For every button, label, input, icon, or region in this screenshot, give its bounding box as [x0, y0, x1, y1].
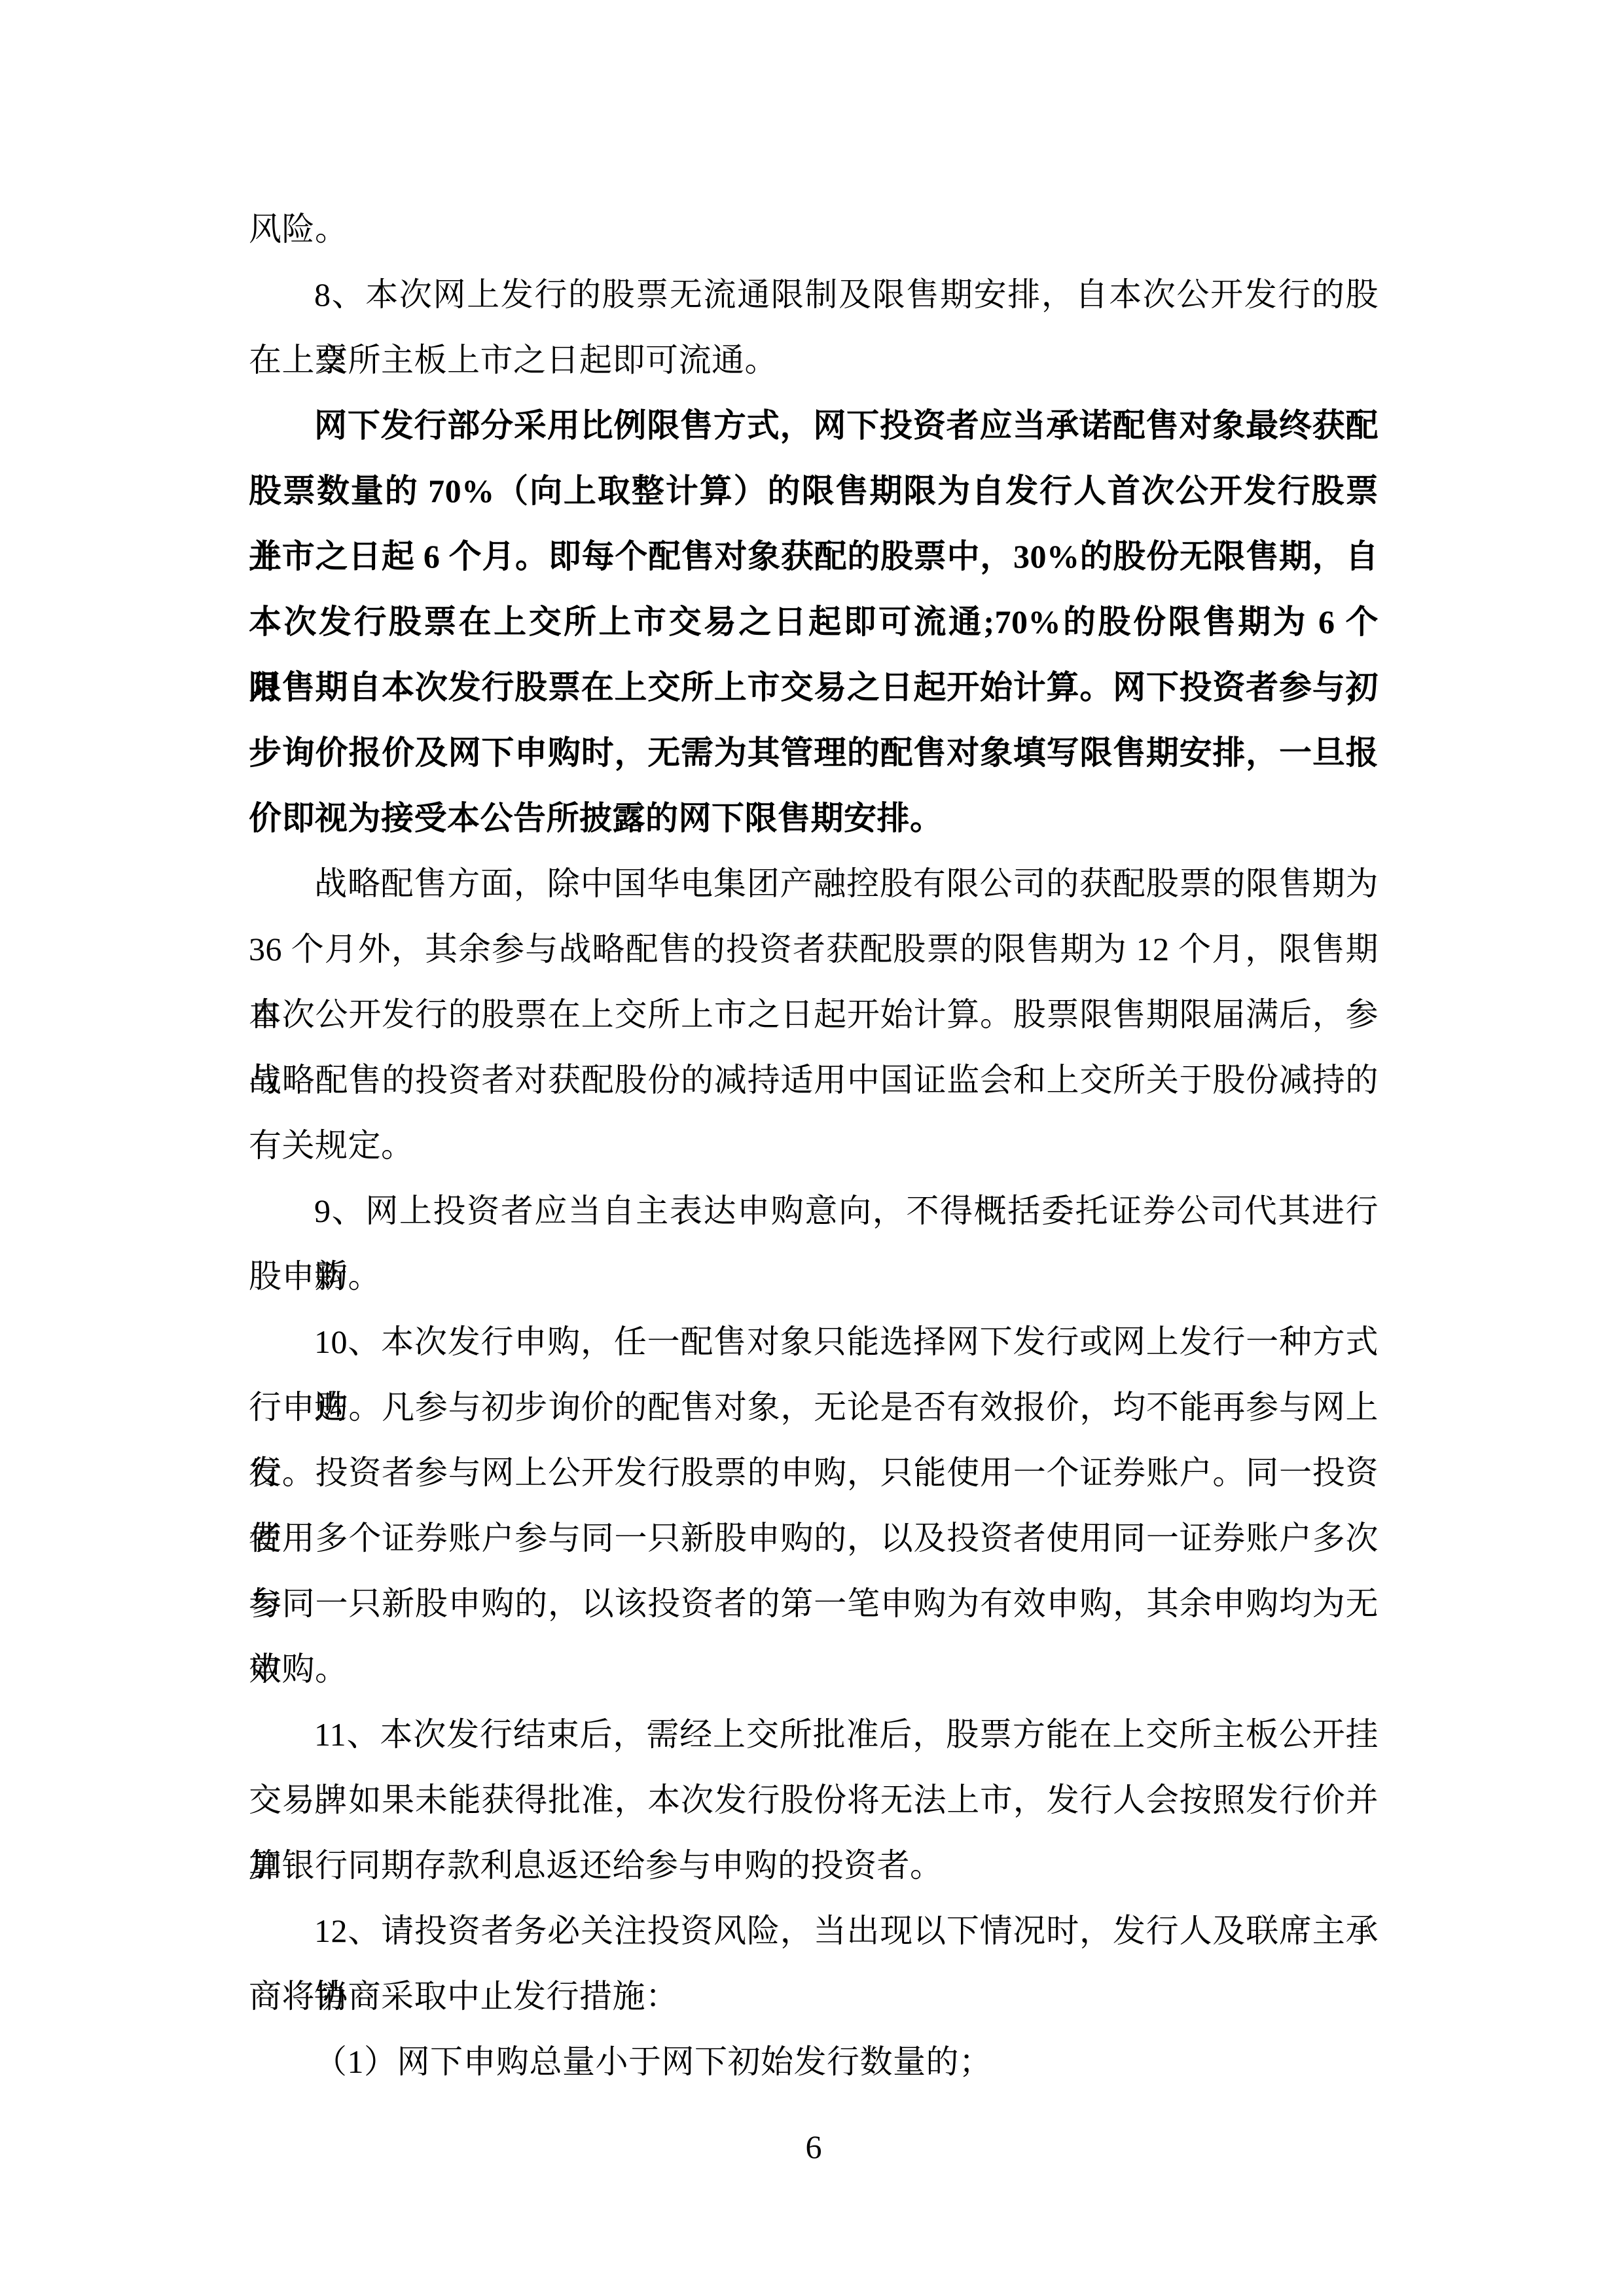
text-line: 算银行同期存款利息返还给参与申购的投资者。	[249, 1833, 1379, 1898]
document-body: 风险。 8、本次网上发行的股票无流通限制及限售期安排，自本次公开发行的股票 在上…	[249, 196, 1379, 2094]
text-line: 申购。	[249, 1636, 1379, 1702]
document-page: 风险。 8、本次网上发行的股票无流通限制及限售期安排，自本次公开发行的股票 在上…	[0, 0, 1624, 2296]
text-line: 价即视为接受本公告所披露的网下限售期安排。	[249, 785, 1379, 851]
text-line: 与同一只新股申购的，以该投资者的第一笔申购为有效申购，其余申购均为无效	[249, 1571, 1379, 1636]
text-line: 行申购。凡参与初步询价的配售对象，无论是否有效报价，均不能再参与网上发	[249, 1374, 1379, 1440]
text-line: 11、本次发行结束后，需经上交所批准后，股票方能在上交所主板公开挂牌	[249, 1702, 1379, 1767]
text-line: 股申购。	[249, 1244, 1379, 1309]
page-number: 6	[249, 2114, 1379, 2179]
text-line: 10、本次发行申购，任一配售对象只能选择网下发行或网上发行一种方式进	[249, 1309, 1379, 1374]
text-line: 步询价报价及网下申购时，无需为其管理的配售对象填写限售期安排，一旦报	[249, 720, 1379, 785]
text-line: 8、本次网上发行的股票无流通限制及限售期安排，自本次公开发行的股票	[249, 262, 1379, 327]
text-line: 战略配售的投资者对获配股份的减持适用中国证监会和上交所关于股份减持的	[249, 1047, 1379, 1113]
text-line: 本次公开发行的股票在上交所上市之日起开始计算。股票限售期限届满后，参与	[249, 982, 1379, 1047]
text-line: 风险。	[249, 196, 1379, 262]
text-line: 股票数量的 70%（向上取整计算）的限售期限为自发行人首次公开发行股票并	[249, 458, 1379, 524]
text-line: （1）网下申购总量小于网下初始发行数量的；	[249, 2029, 1379, 2094]
text-line: 行。投资者参与网上公开发行股票的申购，只能使用一个证券账户。同一投资者	[249, 1440, 1379, 1505]
text-line: 商将协商采取中止发行措施：	[249, 1964, 1379, 2029]
text-line: 战略配售方面，除中国华电集团产融控股有限公司的获配股票的限售期为	[249, 851, 1379, 916]
text-line: 36 个月外，其余参与战略配售的投资者获配股票的限售期为 12 个月，限售期自	[249, 916, 1379, 982]
text-line: 本次发行股票在上交所上市交易之日起即可流通;70%的股份限售期为 6 个月，	[249, 589, 1379, 655]
text-line: 有关规定。	[249, 1113, 1379, 1178]
text-line: 12、请投资者务必关注投资风险，当出现以下情况时，发行人及联席主承销	[249, 1898, 1379, 1964]
text-line: 9、网上投资者应当自主表达申购意向，不得概括委托证券公司代其进行新	[249, 1178, 1379, 1244]
text-line: 上市之日起 6 个月。即每个配售对象获配的股票中，30%的股份无限售期，自	[249, 524, 1379, 589]
text-line: 网下发行部分采用比例限售方式，网下投资者应当承诺配售对象最终获配	[249, 393, 1379, 458]
text-line: 交易。如果未能获得批准，本次发行股份将无法上市，发行人会按照发行价并加	[249, 1767, 1379, 1833]
text-line: 限售期自本次发行股票在上交所上市交易之日起开始计算。网下投资者参与初	[249, 655, 1379, 720]
text-line: 使用多个证券账户参与同一只新股申购的，以及投资者使用同一证券账户多次参	[249, 1505, 1379, 1571]
text-line: 在上交所主板上市之日起即可流通。	[249, 327, 1379, 393]
